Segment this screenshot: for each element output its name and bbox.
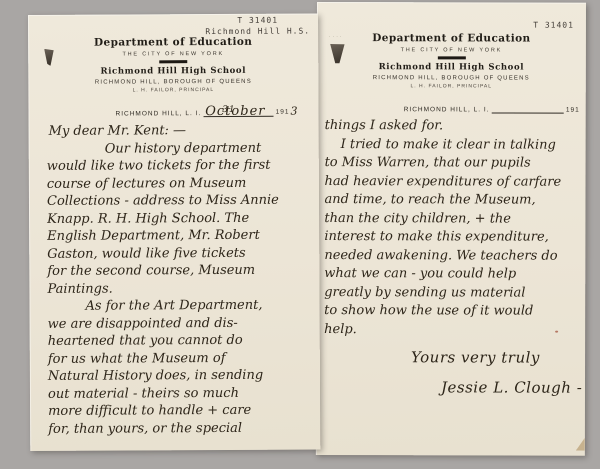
letterhead: Department of Education THE CITY OF NEW … bbox=[28, 35, 318, 94]
dateline-blank: October 31 bbox=[203, 101, 273, 117]
handwritten-line: Paintings. bbox=[47, 279, 319, 298]
letterhead-principal: L. H. FAILOR, PRINCIPAL bbox=[28, 86, 318, 94]
stamp-school: Richmond Hill H.S. bbox=[205, 26, 310, 37]
closing: Yours very truly bbox=[316, 348, 585, 367]
letterhead-principal: L. H. FAILOR, PRINCIPAL bbox=[317, 83, 586, 90]
stamp-number: T 31401 bbox=[205, 16, 310, 27]
handwritten-line: to show how the use of it would bbox=[324, 302, 585, 321]
letter-page-2: T 31401 ···· Department of Education THE… bbox=[316, 2, 586, 456]
handwritten-line: greatly by sending us material bbox=[324, 284, 585, 303]
signature: Jessie L. Clough - bbox=[316, 378, 585, 397]
handwritten-line: Our history department bbox=[47, 139, 319, 158]
dateline: RICHMOND HILL, L. I. 191 bbox=[404, 97, 580, 113]
handwritten-line: to Miss Warren, that our pupils bbox=[325, 154, 586, 173]
corner-fold bbox=[576, 438, 585, 451]
handwritten-line: As for the Art Department, bbox=[47, 296, 319, 315]
letterhead-divider bbox=[159, 60, 187, 63]
letterhead-city: THE CITY OF NEW YORK bbox=[28, 50, 318, 58]
year-printed: 191 bbox=[276, 109, 290, 116]
letterhead-school: Richmond Hill High School bbox=[28, 65, 318, 77]
handwritten-line: Gaston, would like five tickets bbox=[47, 244, 319, 263]
handwritten-line: I tried to make it clear in talking bbox=[325, 136, 586, 155]
paper-speck bbox=[555, 331, 558, 333]
letterhead-borough: RICHMOND HILL, BOROUGH OF QUEENS bbox=[28, 78, 318, 86]
handwritten-line: interest to make this expenditure, bbox=[324, 228, 585, 247]
letterhead-title: Department of Education bbox=[28, 35, 318, 49]
letter-body-page-1: My dear Mr. Kent: — Our history departme… bbox=[29, 121, 321, 438]
accession-stamp: T 31401 Richmond Hill H.S. bbox=[205, 16, 310, 38]
dateline-year: 191 bbox=[566, 107, 580, 114]
letter-page-1: T 31401 Richmond Hill H.S. Department of… bbox=[28, 13, 320, 451]
dateline: RICHMOND HILL, L. I. October 31 1913 bbox=[115, 101, 298, 118]
dateline-year: 1913 bbox=[276, 104, 299, 117]
clip-impression-marks: ···· bbox=[329, 34, 344, 40]
letter-body-page-2: things I asked for. I tried to make it c… bbox=[316, 117, 586, 340]
handwritten-line: needed awakening. We teachers do bbox=[324, 247, 585, 266]
handwritten-line: for the second course, Museum bbox=[47, 261, 319, 280]
handwritten-line: and time, to reach the Museum, bbox=[324, 191, 585, 210]
handwritten-line: we are disappointed and dis- bbox=[48, 314, 320, 333]
letterhead-school: Richmond Hill High School bbox=[317, 62, 586, 73]
handwritten-line: things I asked for. bbox=[325, 117, 586, 136]
photograph-of-letter: T 31401 ···· Department of Education THE… bbox=[0, 0, 600, 469]
letterhead-city: THE CITY OF NEW YORK bbox=[317, 47, 586, 54]
handwritten-line: English Department, Mr. Robert bbox=[47, 226, 319, 245]
handwritten-line: course of lectures on Museum bbox=[47, 174, 319, 193]
handwritten-line: My dear Mr. Kent: — bbox=[47, 121, 319, 140]
letterhead-divider bbox=[437, 56, 465, 59]
dateline-blank bbox=[491, 97, 563, 113]
handwritten-line: heartened that you cannot do bbox=[48, 331, 320, 350]
letterhead: Department of Education THE CITY OF NEW … bbox=[317, 32, 586, 90]
handwritten-line: for, than yours, or the special bbox=[48, 419, 320, 438]
handwritten-year-digit: 3 bbox=[290, 105, 298, 118]
handwritten-line: what we can - you could help bbox=[324, 265, 585, 284]
handwritten-line: would like two tickets for the first bbox=[47, 156, 319, 175]
handwritten-line: for us what the Museum of bbox=[48, 349, 320, 368]
faint-pencil-day: 31 bbox=[222, 105, 236, 115]
dateline-place: RICHMOND HILL, L. I. bbox=[404, 106, 490, 113]
handwritten-line: out material - theirs so much bbox=[48, 384, 320, 403]
dateline-place: RICHMOND HILL, L. I. bbox=[116, 110, 202, 117]
stamp-number: T 31401 bbox=[533, 21, 574, 32]
letterhead-title: Department of Education bbox=[317, 32, 586, 45]
handwritten-line: help. bbox=[324, 321, 585, 340]
handwritten-line: than the city children, + the bbox=[324, 210, 585, 229]
handwritten-line: Collections - address to Miss Annie bbox=[47, 191, 319, 210]
handwritten-line: more difficult to handle + care bbox=[48, 401, 320, 420]
letterhead-borough: RICHMOND HILL, BOROUGH OF QUEENS bbox=[317, 75, 586, 82]
accession-stamp: T 31401 bbox=[533, 21, 574, 32]
handwritten-line: Natural History does, in sending bbox=[48, 366, 320, 385]
handwritten-line: Knapp. R. H. High School. The bbox=[47, 209, 319, 228]
handwritten-line: had heavier expenditures of carfare bbox=[325, 173, 586, 192]
